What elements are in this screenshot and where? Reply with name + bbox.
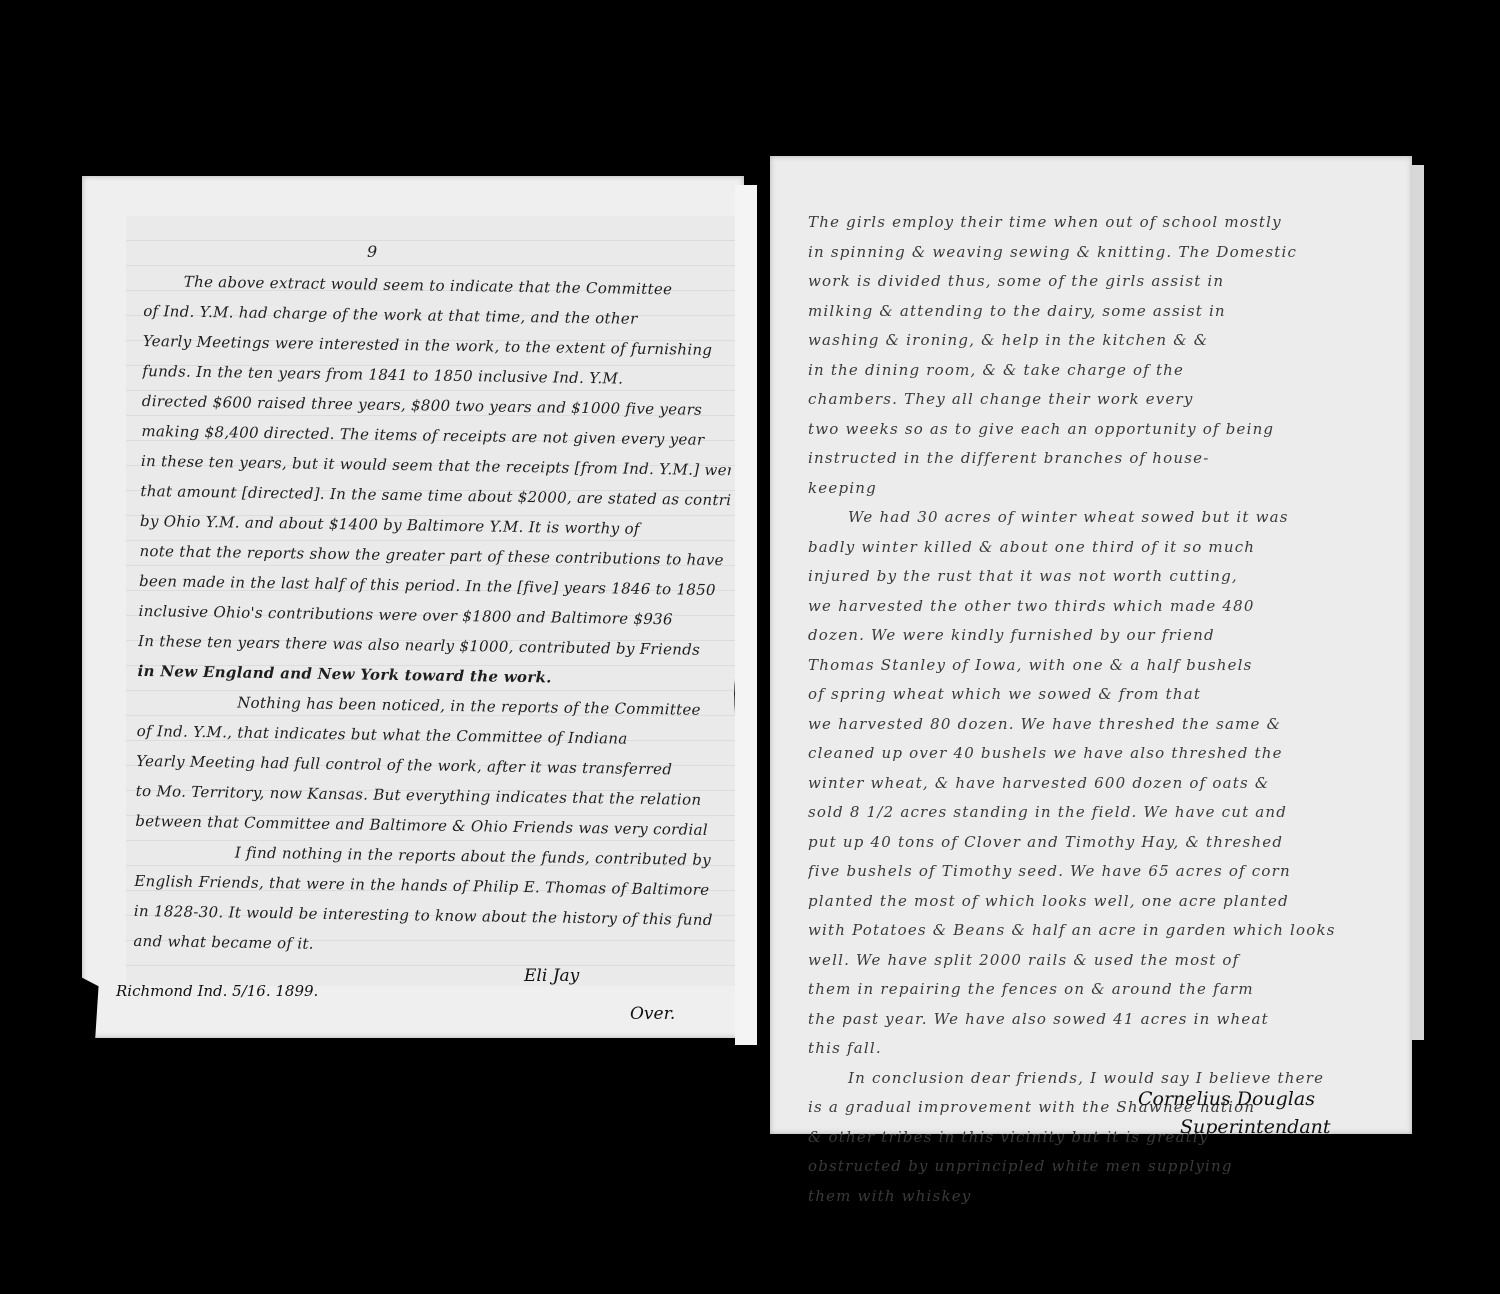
text-line: obstructed by unprincipled white men sup… — [808, 1152, 1408, 1182]
right-page-text: The girls employ their time when out of … — [808, 208, 1408, 1211]
text-line: the past year. We have also sowed 41 acr… — [808, 1005, 1408, 1035]
text-line: keeping — [808, 474, 1408, 504]
signatory-title: Superintendant — [1180, 1116, 1331, 1138]
text-line: them in repairing the fences on & around… — [808, 975, 1408, 1005]
text-line: badly winter killed & about one third of… — [808, 533, 1408, 563]
text-line: Thomas Stanley of Iowa, with one & a hal… — [808, 651, 1408, 681]
text-line: put up 40 tons of Clover and Timothy Hay… — [808, 828, 1408, 858]
text-line: We had 30 acres of winter wheat sowed bu… — [808, 503, 1408, 533]
text-line: chambers. They all change their work eve… — [808, 385, 1408, 415]
text-line: this fall. — [808, 1034, 1408, 1064]
over-note: Over. — [630, 1004, 675, 1024]
left-page-text: The above extract would seem to indicate… — [133, 266, 734, 965]
text-line: in the dining room, & & take charge of t… — [808, 356, 1408, 386]
text-line: cleaned up over 40 bushels we have also … — [808, 739, 1408, 769]
text-line: planted the most of which looks well, on… — [808, 887, 1408, 917]
right-manuscript-page: The girls employ their time when out of … — [770, 156, 1412, 1134]
text-line: them with whiskey — [808, 1182, 1408, 1212]
left-manuscript-page: 9 The above extract would seem to indica… — [82, 176, 744, 1038]
text-line: winter wheat, & have harvested 600 dozen… — [808, 769, 1408, 799]
place-date: Richmond Ind. 5/16. 1899. — [116, 982, 318, 1000]
text-line: two weeks so as to give each an opportun… — [808, 415, 1408, 445]
signature: Cornelius Douglas — [1138, 1088, 1315, 1110]
text-line: work is divided thus, some of the girls … — [808, 267, 1408, 297]
text-line: five bushels of Timothy seed. We have 65… — [808, 857, 1408, 887]
text-line: The girls employ their time when out of … — [808, 208, 1408, 238]
text-line: in spinning & weaving sewing & knitting.… — [808, 238, 1408, 268]
signature: Eli Jay — [524, 966, 579, 986]
text-line: of spring wheat which we sowed & from th… — [808, 680, 1408, 710]
text-line: well. We have split 2000 rails & used th… — [808, 946, 1408, 976]
page-edge-strip — [1412, 165, 1424, 1040]
text-line: dozen. We were kindly furnished by our f… — [808, 621, 1408, 651]
text-line: we harvested the other two thirds which … — [808, 592, 1408, 622]
page-number: 9 — [367, 242, 377, 261]
text-line: injured by the rust that it was not wort… — [808, 562, 1408, 592]
text-line: we harvested 80 dozen. We have threshed … — [808, 710, 1408, 740]
text-line: with Potatoes & Beans & half an acre in … — [808, 916, 1408, 946]
page-edge-strip — [735, 185, 757, 1045]
text-line: In conclusion dear friends, I would say … — [808, 1064, 1408, 1094]
text-line: instructed in the different branches of … — [808, 444, 1408, 474]
text-line: milking & attending to the dairy, some a… — [808, 297, 1408, 327]
text-line: sold 8 1/2 acres standing in the field. … — [808, 798, 1408, 828]
text-line: washing & ironing, & help in the kitchen… — [808, 326, 1408, 356]
